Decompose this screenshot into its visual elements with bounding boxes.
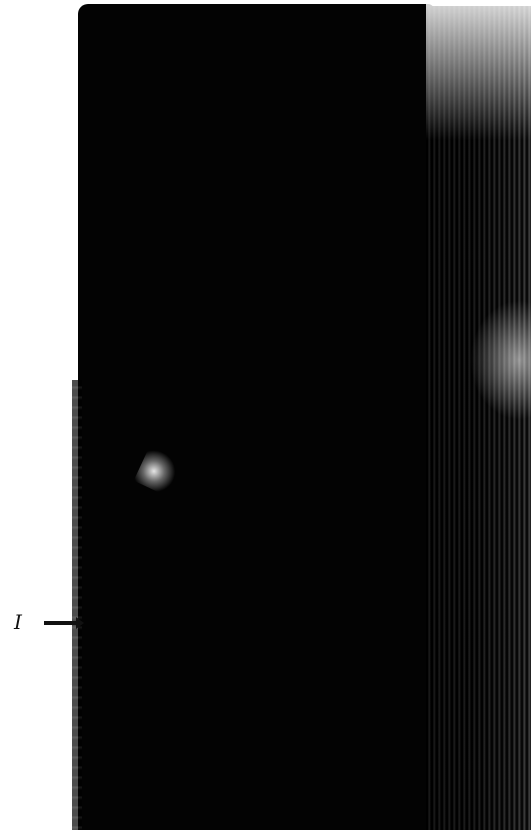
specimen-left-edge	[72, 380, 82, 830]
marker-label: I	[14, 610, 22, 634]
fringe-light-patch	[470, 300, 531, 420]
arrow-right-icon	[44, 621, 80, 625]
specimen-body	[78, 4, 434, 830]
fringe-top-fade	[426, 0, 531, 140]
